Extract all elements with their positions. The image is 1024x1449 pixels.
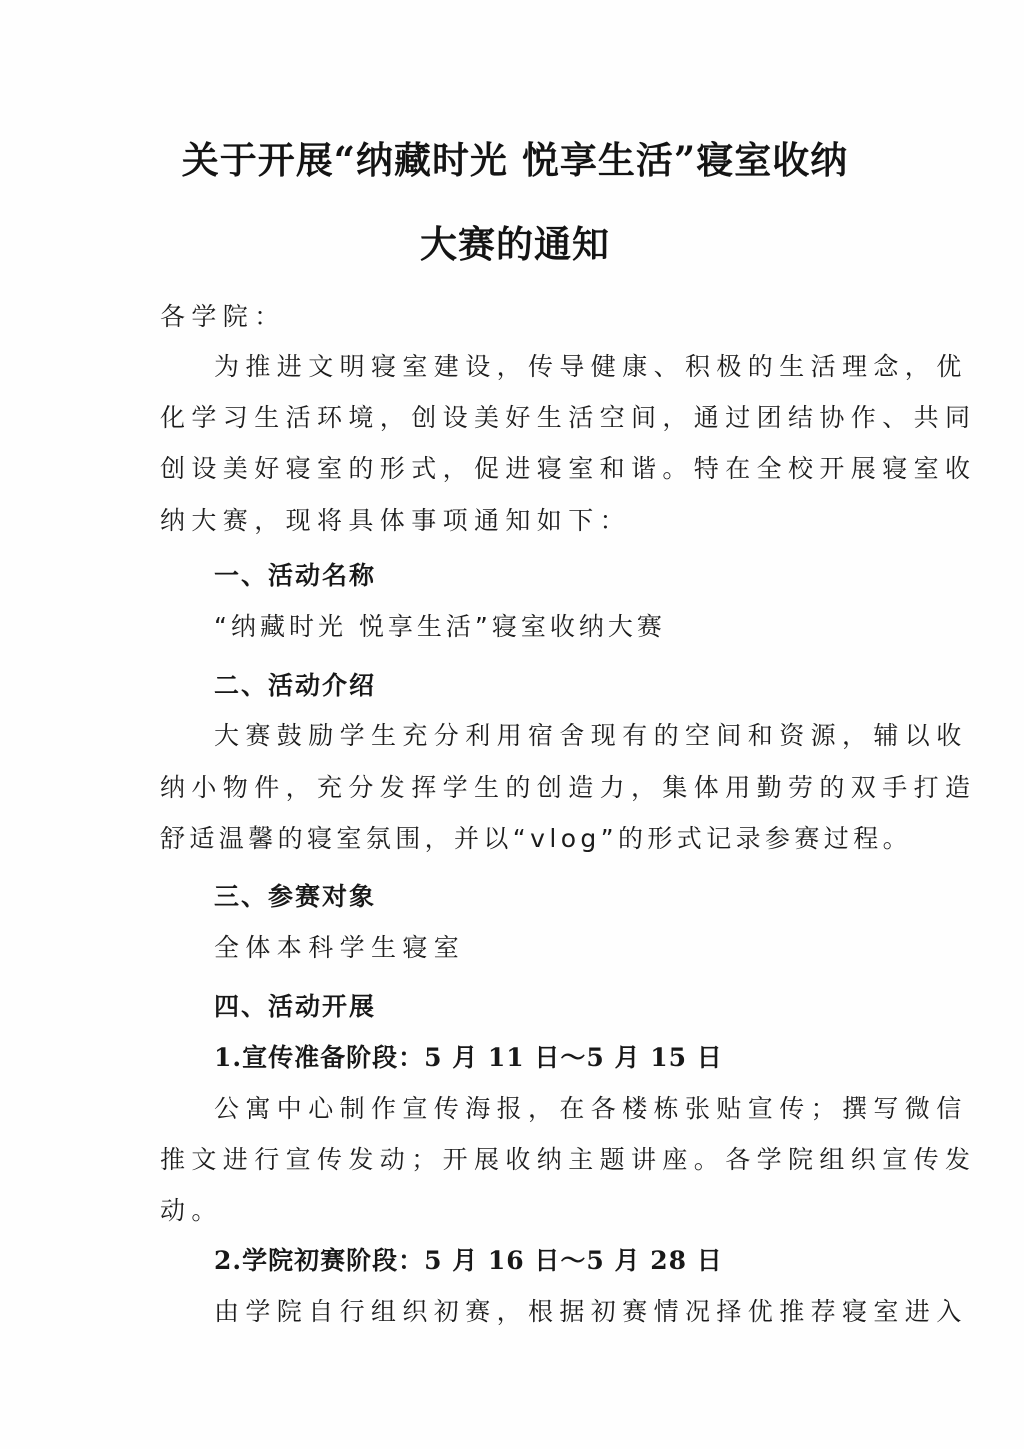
intro-line-1: 为推进文明寝室建设，传导健康、积极的生活理念，优 (214, 351, 926, 383)
document-page: 关于开展“纳藏时光 悦享生活”寝室收纳 大赛的通知 各学院： 为推进文明寝室建设… (0, 0, 1024, 1449)
intro-line-4: 纳大赛，现将具体事项通知如下： (160, 505, 872, 537)
activity-name-text: “纳藏时光 悦享生活”寝室收纳大赛 (214, 611, 926, 643)
activity-intro-line-1: 大赛鼓励学生充分利用宿舍现有的空间和资源，辅以收 (214, 720, 926, 752)
stage-1-title: 1.宣传准备阶段：5 月 11 日～5 月 15 日 (214, 1042, 926, 1074)
stage-2-line-1: 由学院自行组织初赛，根据初赛情况择优推荐寝室进入 (214, 1296, 926, 1328)
activity-intro-line-2: 纳小物件，充分发挥学生的创造力，集体用勤劳的双手打造 (160, 772, 872, 804)
stage-1-line-2: 推文进行宣传发动；开展收纳主题讲座。各学院组织宣传发 (160, 1144, 872, 1176)
document-title-line-2: 大赛的通知 (150, 221, 880, 267)
stage-2-title: 2.学院初赛阶段：5 月 16 日～5 月 28 日 (214, 1245, 926, 1277)
stage-1-line-3: 动。 (160, 1195, 872, 1227)
participants-text: 全体本科学生寝室 (214, 932, 926, 964)
intro-line-2: 化学习生活环境，创设美好生活空间，通过团结协作、共同 (160, 402, 872, 434)
document-title-line-1: 关于开展“纳藏时光 悦享生活”寝室收纳 (150, 137, 880, 183)
salutation: 各学院： (160, 301, 872, 333)
section-heading-activity-schedule: 四、活动开展 (214, 991, 926, 1023)
intro-line-3: 创设美好寝室的形式，促进寝室和谐。特在全校开展寝室收 (160, 453, 872, 485)
activity-intro-line-3: 舒适温馨的寝室氛围，并以“vlog”的形式记录参赛过程。 (160, 823, 872, 855)
section-heading-activity-intro: 二、活动介绍 (214, 670, 926, 702)
stage-1-line-1: 公寓中心制作宣传海报，在各楼栋张贴宣传；撰写微信 (214, 1093, 926, 1125)
section-heading-activity-name: 一、活动名称 (214, 560, 926, 592)
section-heading-participants: 三、参赛对象 (214, 881, 926, 913)
